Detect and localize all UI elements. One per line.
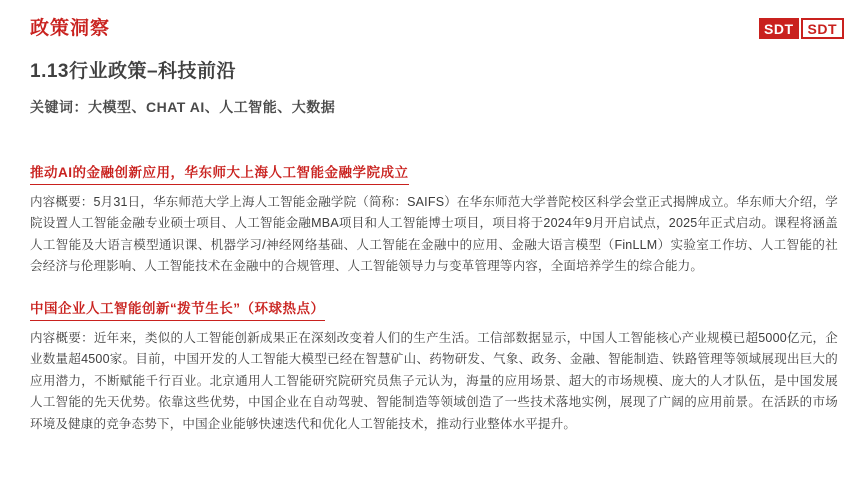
- article-1: 推动AI的金融创新应用，华东师大上海人工智能金融学院成立 内容概要：5月31日，…: [30, 161, 838, 278]
- article-2: 中国企业人工智能创新“拨节生长”（环球热点） 内容概要：近年来，类似的人工智能创…: [30, 297, 838, 436]
- policy-insight-page: SDT SDT 政策洞察 1.13行业政策–科技前沿 关键词：大模型、CHAT …: [0, 0, 864, 486]
- article-2-title: 中国企业人工智能创新“拨节生长”（环球热点）: [30, 297, 325, 321]
- article-1-summary: 内容概要：5月31日，华东师范大学上海人工智能金融学院（简称：SAIFS）在华东…: [30, 192, 838, 278]
- section-eyebrow: 政策洞察: [30, 18, 838, 41]
- article-1-title: 推动AI的金融创新应用，华东师大上海人工智能金融学院成立: [30, 161, 409, 185]
- page-content: 政策洞察 1.13行业政策–科技前沿 关键词：大模型、CHAT AI、人工智能、…: [30, 18, 838, 435]
- article-2-summary: 内容概要：近年来，类似的人工智能创新成果正在深刻改变着人们的生产生活。工信部数据…: [30, 328, 838, 436]
- keywords-line: 关键词：大模型、CHAT AI、人工智能、大数据: [30, 97, 838, 117]
- page-title: 1.13行业政策–科技前沿: [30, 61, 838, 84]
